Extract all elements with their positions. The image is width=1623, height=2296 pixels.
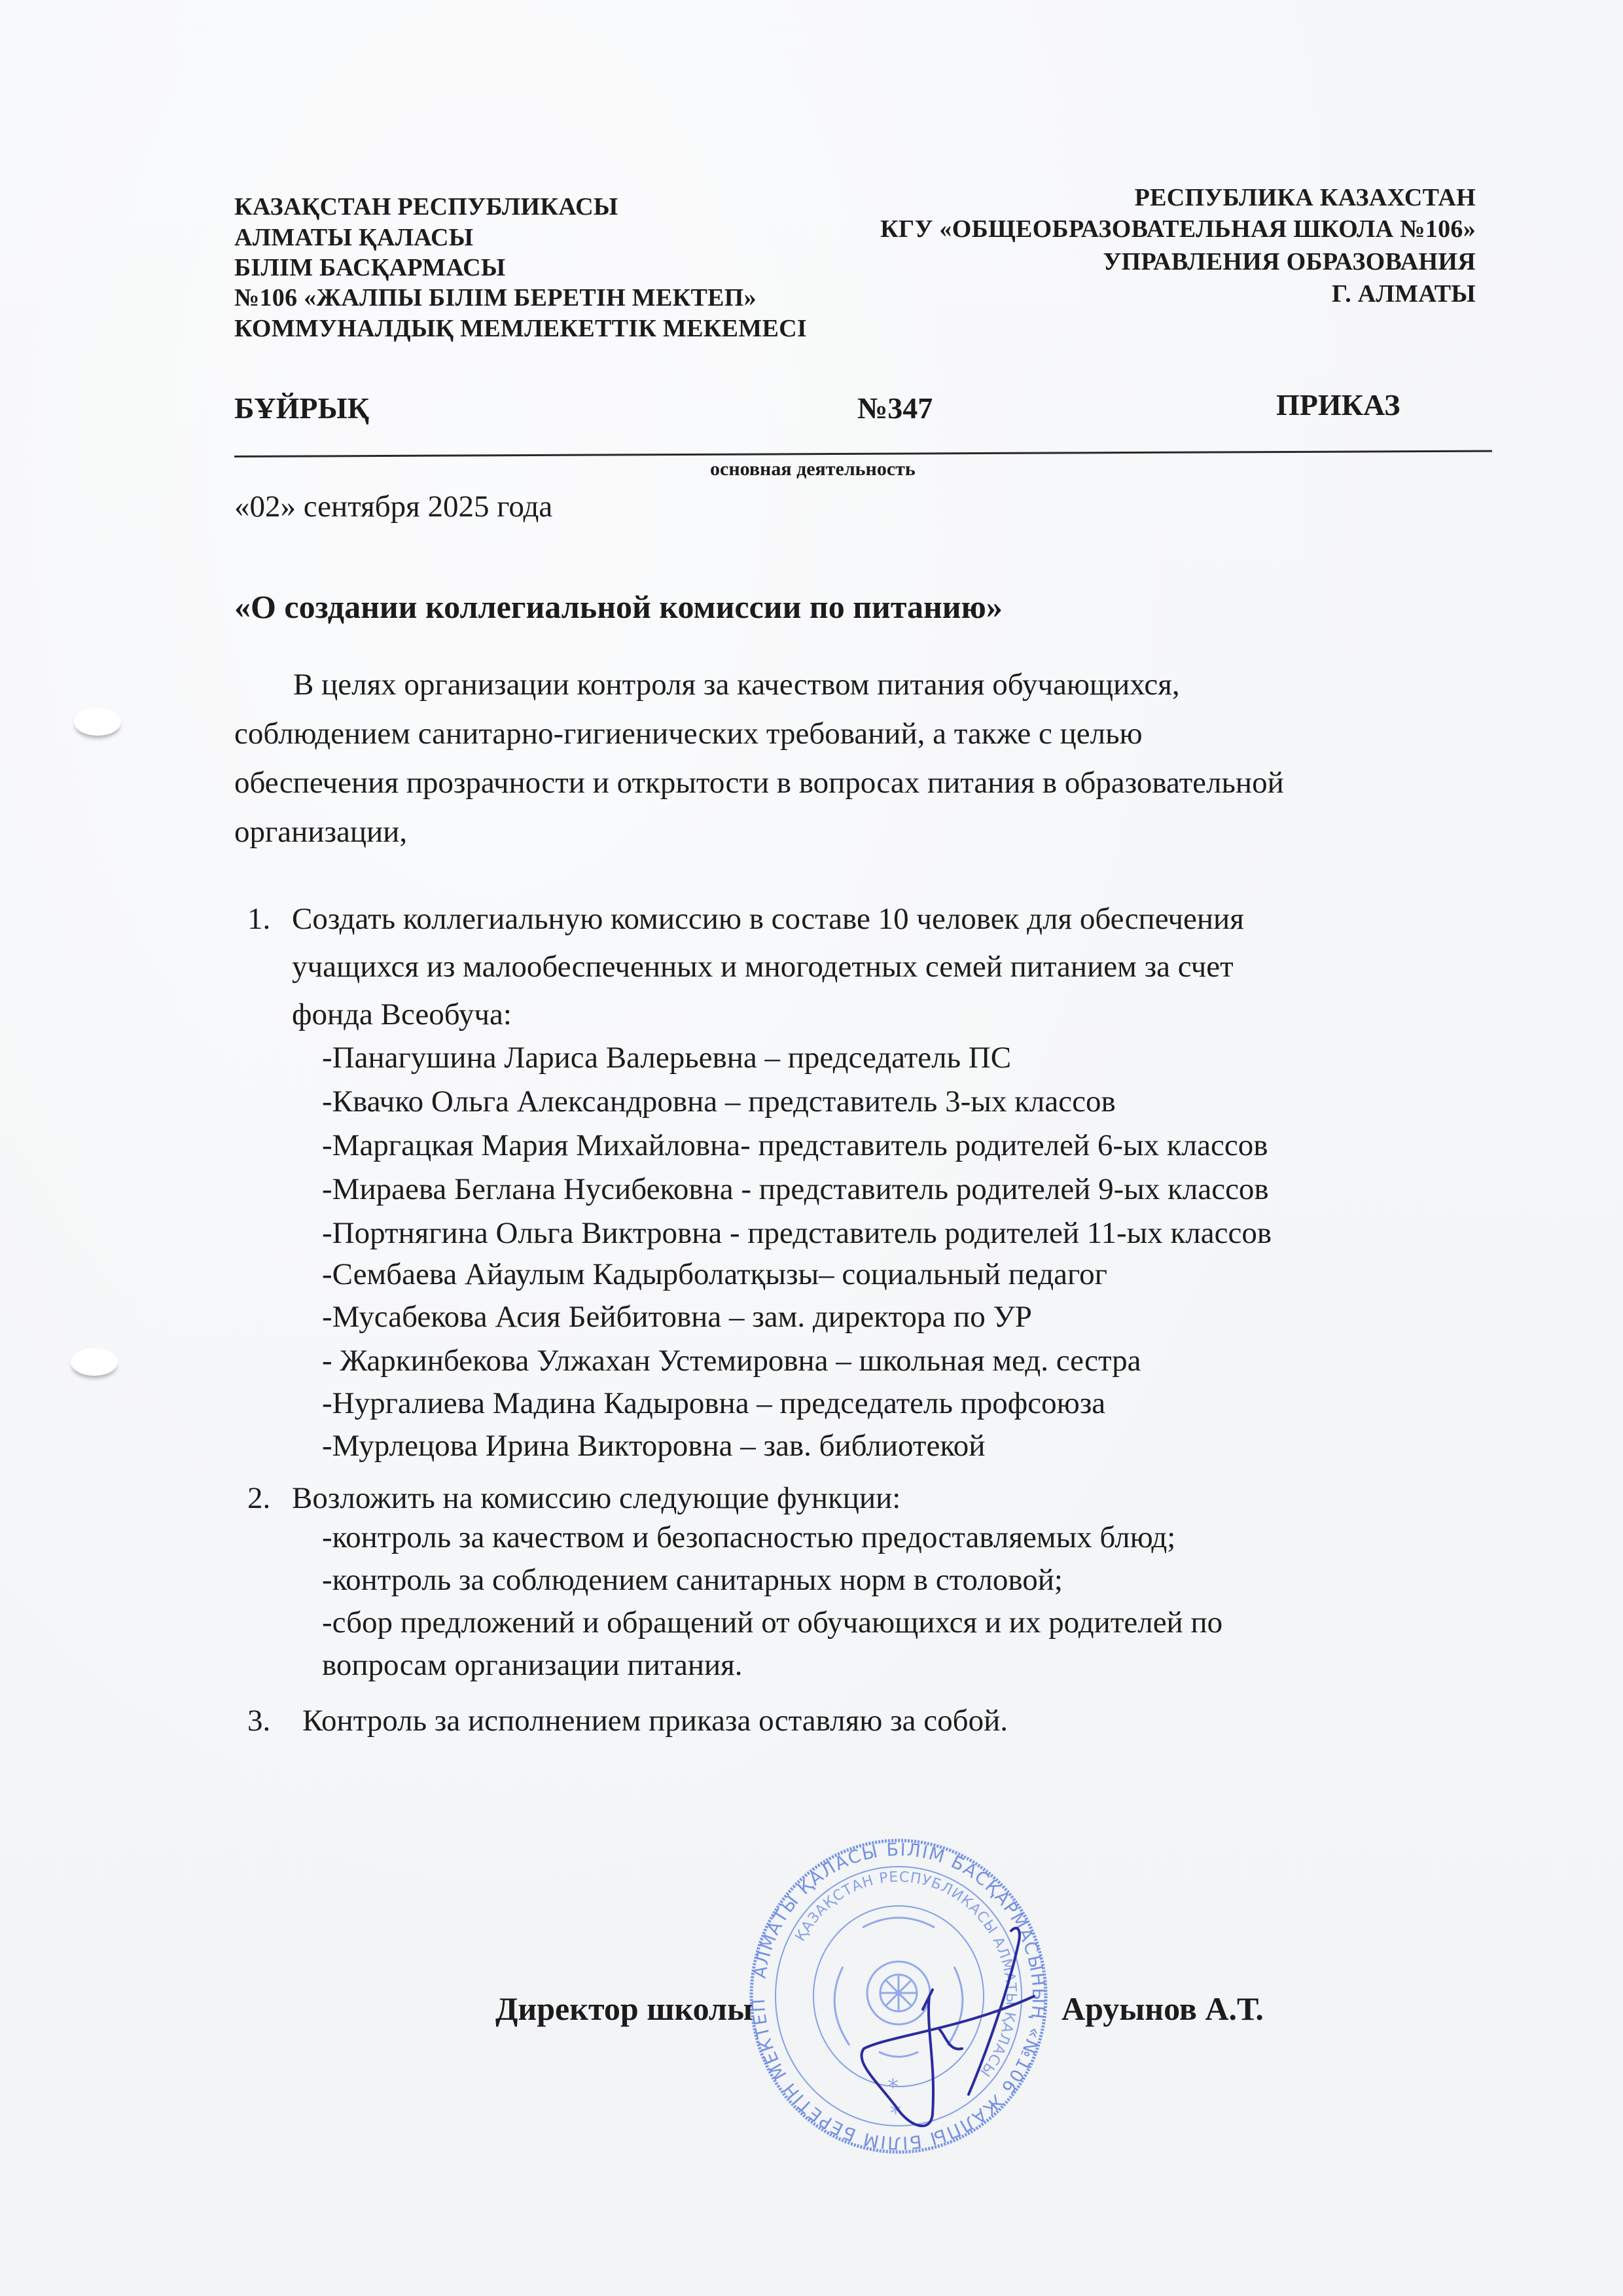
commission-function: -контроль за соблюдением санитарных норм… bbox=[322, 1562, 1063, 1598]
order-label-ru: ПРИКАЗ bbox=[1276, 387, 1400, 422]
commission-function: -сбор предложений и обращений от обучающ… bbox=[322, 1605, 1222, 1640]
commission-function: -контроль за качеством и безопасностью п… bbox=[322, 1520, 1175, 1555]
order-category: основная деятельность bbox=[710, 458, 916, 480]
preamble-line: организации, bbox=[234, 810, 407, 855]
committee-member: -Мурлецова Ирина Викторовна – зав. библи… bbox=[322, 1428, 985, 1463]
list-number: 2. bbox=[247, 1476, 270, 1521]
header-right-line: Г. АЛМАТЫ bbox=[1332, 279, 1476, 309]
director-signature bbox=[851, 1898, 1047, 2147]
header-left-line: №106 «ЖАЛПЫ БІЛІМ БЕРЕТІН МЕКТЕП» bbox=[234, 283, 757, 313]
committee-member: -Мираева Беглана Нусибековна - представи… bbox=[322, 1172, 1269, 1207]
punch-hole-bottom bbox=[71, 1348, 118, 1376]
header-divider bbox=[234, 450, 1492, 457]
committee-member: -Маргацкая Мария Михайловна- представите… bbox=[322, 1128, 1268, 1163]
commission-function: вопросам организации питания. bbox=[322, 1647, 743, 1683]
signatory-name: Аруынов А.Т. bbox=[1061, 1990, 1264, 2028]
list-item-line: Контроль за исполнением приказа оставляю… bbox=[302, 1698, 1008, 1744]
committee-member: - Жаркинбекова Улжахан Устемировна – шко… bbox=[322, 1343, 1141, 1378]
committee-member: -Нургалиева Мадина Кадыровна – председат… bbox=[322, 1386, 1105, 1421]
preamble-line: обеспечения прозрачности и открытости в … bbox=[234, 761, 1284, 806]
list-item-line: Создать коллегиальную комиссию в составе… bbox=[292, 897, 1244, 942]
order-number: №347 bbox=[857, 391, 933, 425]
order-date: «02» сентября 2025 года bbox=[234, 484, 552, 529]
header-left-line: БІЛІМ БАСҚАРМАСЫ bbox=[234, 253, 505, 283]
committee-member: -Панагушина Лариса Валерьевна – председа… bbox=[322, 1040, 1011, 1075]
list-number: 1. bbox=[247, 897, 270, 942]
list-item-line: Возложить на комиссию следующие функции: bbox=[292, 1476, 901, 1521]
committee-member: -Портнягина Ольга Виктровна - представит… bbox=[322, 1215, 1272, 1251]
header-right-line: УПРАВЛЕНИЯ ОБРАЗОВАНИЯ bbox=[1103, 247, 1476, 277]
header-right-line: РЕСПУБЛИКА КАЗАХСТАН bbox=[1135, 183, 1476, 213]
list-number: 3. bbox=[247, 1698, 270, 1744]
list-item-line: учащихся из малообеспеченных и многодетн… bbox=[292, 944, 1234, 990]
header-left-line: КОММУНАЛДЫҚ МЕМЛЕКЕТТІК МЕКЕМЕСІ bbox=[234, 314, 807, 344]
order-label-kz: БҰЙРЫҚ bbox=[234, 391, 369, 425]
committee-member: -Мусабекова Асия Бейбитовна – зам. дирек… bbox=[322, 1299, 1032, 1335]
list-item-line: фонда Всеобуча: bbox=[292, 992, 512, 1037]
preamble-line: соблюдением санитарно-гигиенических треб… bbox=[234, 711, 1143, 757]
punch-hole-top bbox=[74, 708, 121, 736]
preamble-line: В целях организации контроля за качество… bbox=[293, 662, 1180, 708]
committee-member: -Квачко Ольга Александровна – представит… bbox=[322, 1084, 1116, 1119]
signatory-position: Директор школы bbox=[495, 1990, 753, 2028]
document-page: КАЗАҚСТАН РЕСПУБЛИКАСЫ АЛМАТЫ ҚАЛАСЫ БІЛ… bbox=[0, 0, 1623, 2296]
header-right-line: КГУ «ОБЩЕОБРАЗОВАТЕЛЬНАЯ ШКОЛА №106» bbox=[880, 214, 1476, 244]
header-left-line: КАЗАҚСТАН РЕСПУБЛИКАСЫ bbox=[234, 192, 618, 222]
header-left-line: АЛМАТЫ ҚАЛАСЫ bbox=[234, 223, 473, 253]
committee-member: -Сембаева Айаулым Кадырболатқызы– социал… bbox=[322, 1257, 1107, 1292]
document-title: «О создании коллегиальной комиссии по пи… bbox=[234, 588, 1003, 626]
